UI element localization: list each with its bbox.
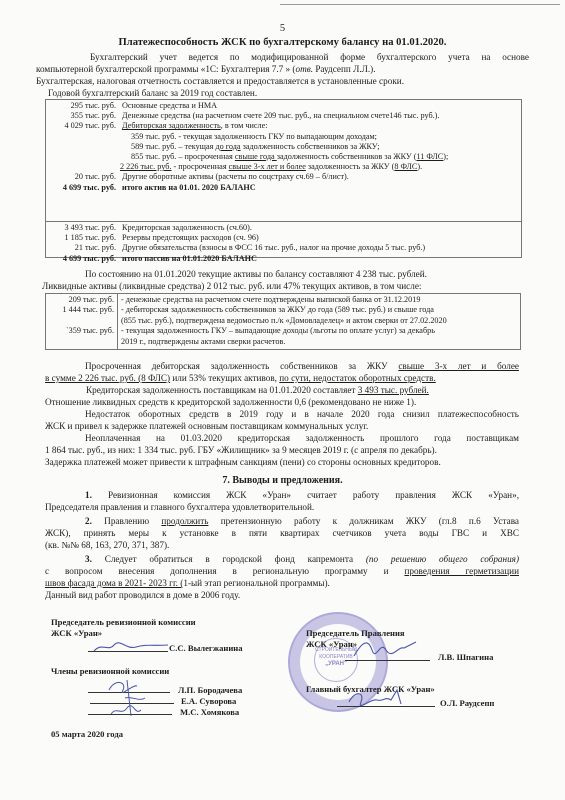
board-chair-signature-icon [350,636,420,660]
audit-chair-name: С.С. Вылегжанина [169,643,243,653]
intro-line-4: Годовой бухгалтерский баланс за 2019 год… [48,87,257,99]
row-text: Дебиторская задолженность, в том числе: [122,121,268,131]
liquid-table-column-divider [117,293,118,349]
analysis-p3: Отношение ликвидных средств к кредиторск… [45,396,416,408]
conclusion-3-cont2: швов фасада дома в 2021- 2023 гг. (1-ый … [45,577,330,589]
row-text: итого актив на 01.01. 2020 БАЛАНС [122,183,256,193]
row-amount: 4 699 тыс. руб. [46,254,116,264]
section-title: Платежеспособность ЖСК по бухгалтерскому… [0,37,565,48]
conclusion-2: 2. Правлению продолжить претензионную ра… [45,515,519,527]
analysis-p1: Просроченная дебиторская задолженность с… [45,360,519,372]
conclusions-heading: 7. Выводы и предложения. [0,475,565,486]
audit-chair-org: ЖСК «Уран» [51,628,102,638]
member-name-2: Е.А. Суворова [181,696,236,706]
liquid-amount: 1 444 тыс. руб. [44,305,114,315]
conclusion-1: 1. Ревизионная комиссия ЖСК «Уран» счита… [45,489,519,501]
row-amount: 355 тыс. руб. [46,111,116,121]
row-text: Кредиторская задолженность (сч.60). [122,223,252,233]
row-amount: 4 029 тыс. руб. [46,121,116,131]
accountant-signature-icon [345,688,415,708]
row-text: Основные средства и НМА [122,101,217,111]
liquid-text: 2019 г., подтверждены актами сверки расч… [121,337,285,347]
conclusion-3: 3. Следует обратиться в городской фонд к… [45,553,519,565]
row-text: Денежные средства (на расчетном счете 20… [122,111,439,121]
liquid-amount: `359 тыс. руб. [44,326,114,336]
conclusion-2-cont: ЖСК), принять меры к установке в пяти кв… [45,527,519,539]
receivable-row: 589 тыс. руб. – текущая до года задолжен… [131,142,380,152]
conclusion-3-cont: с вопросом внесения дополнения в региона… [45,565,519,577]
analysis-p5-cont: 1 864 тыс. руб., из них: 1 334 тыс. руб.… [45,444,437,456]
current-assets-line: По состоянию на 01.01.2020 текущие актив… [85,268,427,280]
analysis-p4: Недостаток оборотных средств в 2019 году… [45,408,519,420]
liquid-text: - дебиторская задолженность собственнико… [121,305,434,315]
members-signatures-icon [105,676,155,720]
analysis-p5-end: Задержка платежей может привести к штраф… [45,456,441,468]
balance-divider [45,221,521,222]
signature-line [345,660,430,661]
row-text: Другие оборотные активы (расчеты по соцс… [122,172,349,182]
row-amount: 20 тыс. руб. [46,172,116,182]
intro-line-3: Бухгалтерская, налоговая отчетность сост… [36,75,404,87]
row-text: итого пассив на 01.01.2020 БАЛАНС [122,254,257,264]
row-amount: 3 493 тыс. руб. [46,223,116,233]
analysis-p5: Неоплаченная на 01.03.2020 кредиторская … [45,432,519,444]
conclusion-3-note: Данный вид работ проводился в доме в 200… [45,589,240,601]
row-amount: 1 185 тыс. руб. [46,233,116,243]
conclusion-1-cont: Председателя правления и главного бухгал… [45,501,314,513]
audit-chair-title: Председатель ревизионной комиссии [51,617,196,627]
accountant-name: О.Л. Раудсепп [440,698,494,708]
receivable-row: 359 тыс. руб. - текущая задолженность ГК… [131,132,377,142]
scan-edge [280,4,560,5]
liquid-text: (855 тыс. руб.), подтверждена ведомостью… [121,316,447,326]
conclusion-2-apartments: (кв. №№ 68, 163, 270, 371, 387). [45,539,169,551]
document-page: 5 Платежеспособность ЖСК по бухгалтерско… [0,0,565,800]
analysis-p1-cont: в сумме 2 226 тыс. руб. (8 ФЛС) или 53% … [45,372,436,384]
analysis-p4-cont: ЖСК и привел к задержке платежей основны… [45,420,368,432]
members-title: Члены ревизионной комиссии [51,666,169,676]
intro-line-2: компьютерной бухгалтерской программы «1С… [36,63,376,75]
row-amount: 4 699 тыс. руб. [46,183,116,193]
receivable-row: 855 тыс. руб. – просроченная свыше года … [131,152,448,162]
member-name-3: М.С. Хомякова [180,707,239,717]
report-date: 05 марта 2020 года [51,729,123,739]
signature-scribble-icon [92,640,172,654]
row-amount: 21 тыс. руб. [46,243,116,253]
row-amount: 295 тыс. руб. [46,101,116,111]
row-text: Другие обязательства (взносы в ФСС 16 ты… [122,243,425,253]
member-name-1: Л.П. Бородачева [178,685,242,695]
analysis-p2: Кредиторская задолженность поставщикам н… [86,384,429,396]
board-chair-name: Л.В. Шпагина [438,652,493,662]
row-text: Резервы предстоящих расходов (сч. 96) [122,233,259,243]
liquid-text: - текущая задолженность ГКУ – выпадающие… [121,326,435,336]
liquid-amount: 209 тыс. руб. [44,295,114,305]
liquid-text: - денежные средства на расчетном счете п… [121,295,420,305]
liquid-assets-line: Ликвидные активы (ликвидные средства) 2 … [42,280,421,292]
intro-line-1: Бухгалтерский учет ведется по модифициро… [45,51,529,63]
receivable-row: 2 226 тыс. руб. - просроченная свыше 3-х… [120,162,422,172]
page-number: 5 [0,23,565,34]
